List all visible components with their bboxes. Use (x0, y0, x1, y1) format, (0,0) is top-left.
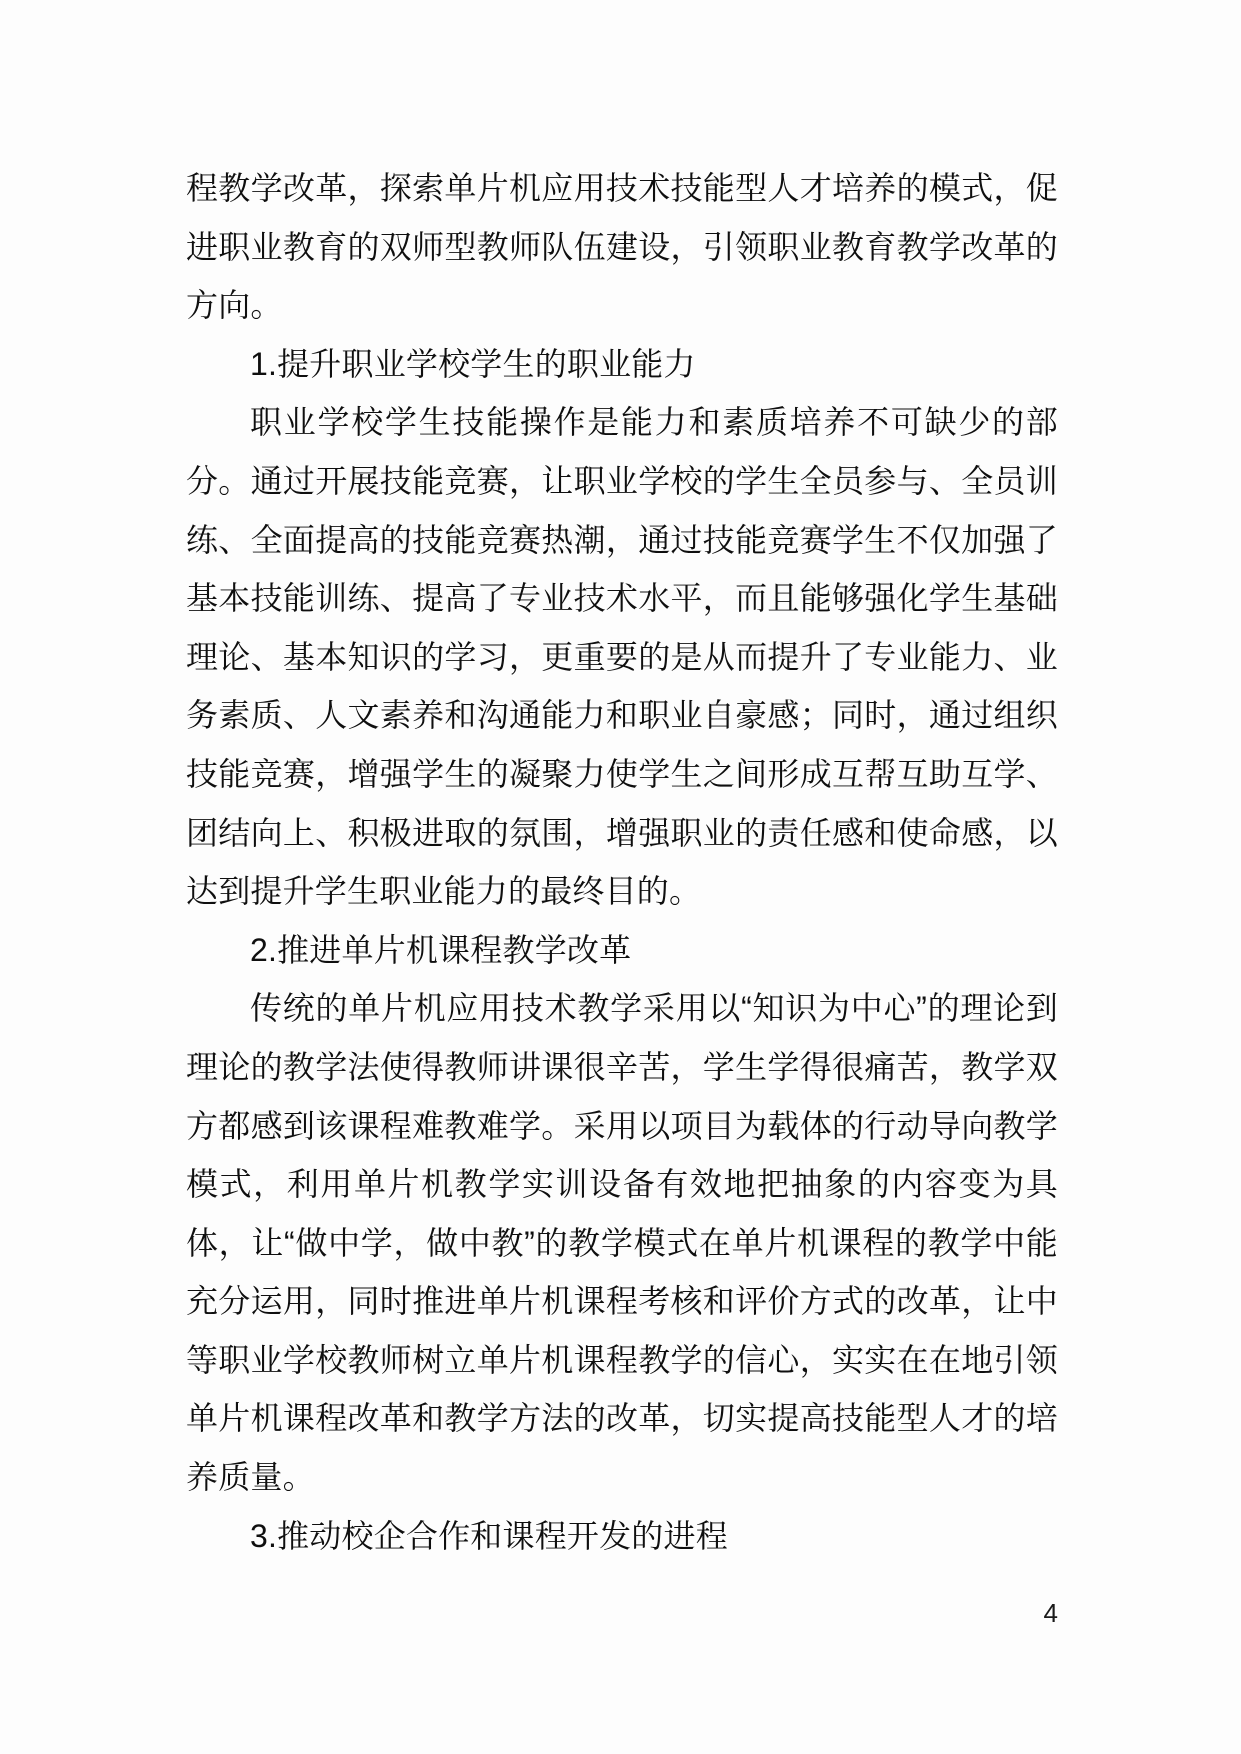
paragraph-section-1: 职业学校学生技能操作是能力和素质培养不可缺少的部分。通过开展技能竞赛，让职业学校… (186, 393, 1058, 920)
document-body: 程教学改革，探索单片机应用技术技能型人才培养的模式，促进职业教育的双师型教师队伍… (186, 159, 1058, 1565)
section-heading-3: 3.推动校企合作和课程开发的进程 (186, 1507, 1058, 1566)
section-heading-1: 1.提升职业学校学生的职业能力 (186, 335, 1058, 394)
page-number: 4 (186, 1598, 1058, 1628)
paragraph-continuation: 程教学改革，探索单片机应用技术技能型人才培养的模式，促进职业教育的双师型教师队伍… (186, 159, 1058, 335)
paragraph-section-2: 传统的单片机应用技术教学采用以“知识为中心”的理论到理论的教学法使得教师讲课很辛… (186, 979, 1058, 1506)
document-page: 程教学改革，探索单片机应用技术技能型人才培养的模式，促进职业教育的双师型教师队伍… (0, 0, 1241, 1754)
section-heading-2: 2.推进单片机课程教学改革 (186, 921, 1058, 980)
